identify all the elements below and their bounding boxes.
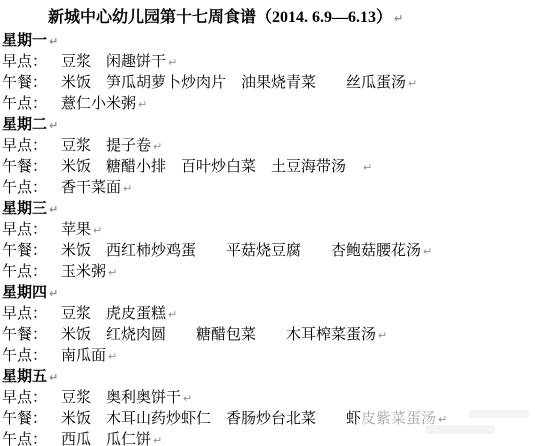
day-name-text: 星期四	[2, 285, 47, 301]
paragraph-mark-icon: ↵	[49, 119, 58, 132]
meal-line: 早点：豆浆 提子卷↵	[2, 136, 535, 157]
meal-label: 午餐：	[2, 243, 47, 259]
meal-content: 香干菜面	[61, 180, 121, 196]
paragraph-mark-icon: ↵	[168, 308, 177, 321]
paragraph-mark-icon: ↵	[138, 98, 147, 111]
meal-label: 早点：	[2, 138, 47, 154]
meal-content: 豆浆 奥利奥饼干	[61, 390, 181, 406]
paragraph-mark-icon: ↵	[108, 350, 117, 363]
day-header-wednesday: 星期三↵	[2, 199, 535, 220]
document-title: 新城中心幼儿园第十七周食谱（2014. 6.9—6.13）↵	[48, 6, 535, 31]
meal-line: 早点：豆浆 虎皮蛋糕↵	[2, 304, 535, 325]
paragraph-mark-icon: ↵	[394, 12, 403, 25]
meal-content: 西瓜 瓜仁饼	[61, 432, 151, 446]
meal-line: 午点：玉米粥↵	[2, 262, 535, 283]
day-header-monday: 星期一↵	[2, 31, 535, 52]
meal-line: 午餐：米饭 红烧肉圆 糖醋包菜 木耳榨菜蛋汤↵	[2, 325, 535, 346]
meal-line: 早点：豆浆 奥利奥饼干↵	[2, 388, 535, 409]
meal-line: 午点：薏仁小米粥↵	[2, 94, 535, 115]
meal-label: 早点：	[2, 390, 47, 406]
watermark-remnant	[425, 425, 495, 434]
day-header-tuesday: 星期二↵	[2, 115, 535, 136]
day-header-friday: 星期五↵	[2, 367, 535, 388]
meal-content: 南瓜面	[61, 348, 106, 364]
meal-label: 午餐：	[2, 75, 47, 91]
meal-content: 豆浆 虎皮蛋糕	[61, 306, 166, 322]
meal-label: 午点：	[2, 96, 47, 112]
paragraph-mark-icon: ↵	[153, 434, 162, 446]
paragraph-mark-icon: ↵	[153, 140, 162, 153]
paragraph-mark-icon: ↵	[49, 371, 58, 384]
meal-content: 米饭 笋瓜胡萝卜炒肉片 油果烧青菜 丝瓜蛋汤	[61, 75, 406, 91]
day-header-thursday: 星期四↵	[2, 283, 535, 304]
meal-line: 午餐：米饭 笋瓜胡萝卜炒肉片 油果烧青菜 丝瓜蛋汤↵	[2, 73, 535, 94]
meal-content: 米饭 木耳山药炒虾仁 香肠炒台北菜 虾	[61, 411, 361, 427]
meal-line: 早点：苹果↵	[2, 220, 535, 241]
meal-label: 午餐：	[2, 411, 47, 427]
meal-label: 午点：	[2, 264, 47, 280]
meal-label: 早点：	[2, 222, 47, 238]
paragraph-mark-icon: ↵	[93, 224, 102, 237]
watermark-remnant	[469, 410, 529, 418]
paragraph-mark-icon: ↵	[123, 182, 132, 195]
day-name-text: 星期三	[2, 201, 47, 217]
day-name-text: 星期五	[2, 369, 47, 385]
paragraph-mark-icon: ↵	[49, 203, 58, 216]
meal-line: 午点：香干菜面↵	[2, 178, 535, 199]
meal-line: 午餐：米饭 西红柿炒鸡蛋 平菇烧豆腐 杏鲍菇腰花汤↵	[2, 241, 535, 262]
meal-line: 午点：南瓜面↵	[2, 346, 535, 367]
paragraph-mark-icon: ↵	[423, 245, 432, 258]
paragraph-mark-icon: ↵	[168, 56, 177, 69]
meal-line: 午餐：米饭 糖醋小排 百叶炒白菜 土豆海带汤 ↵	[2, 157, 535, 178]
meal-content: 豆浆 闲趣饼干	[61, 54, 166, 70]
menu-document: 新城中心幼儿园第十七周食谱（2014. 6.9—6.13）↵ 星期一↵ 早点：豆…	[0, 0, 535, 446]
paragraph-mark-icon: ↵	[49, 287, 58, 300]
meal-content: 豆浆 提子卷	[61, 138, 151, 154]
meal-label: 午餐：	[2, 159, 47, 175]
meal-content: 玉米粥	[61, 264, 106, 280]
meal-label: 午点：	[2, 180, 47, 196]
paragraph-mark-icon: ↵	[408, 77, 417, 90]
paragraph-mark-icon: ↵	[363, 161, 372, 174]
day-name-text: 星期一	[2, 33, 47, 49]
day-name-text: 星期二	[2, 117, 47, 133]
paragraph-mark-icon: ↵	[108, 266, 117, 279]
meal-content: 米饭 红烧肉圆 糖醋包菜 木耳榨菜蛋汤	[61, 327, 376, 343]
meal-label: 午点：	[2, 348, 47, 364]
paragraph-mark-icon: ↵	[183, 392, 192, 405]
meal-content: 苹果	[61, 222, 91, 238]
meal-label: 午餐：	[2, 327, 47, 343]
meal-label: 早点：	[2, 306, 47, 322]
paragraph-mark-icon: ↵	[378, 329, 387, 342]
paragraph-mark-icon: ↵	[49, 35, 58, 48]
meal-content-faded: 皮紫菜蛋汤	[361, 411, 436, 427]
meal-label: 午点：	[2, 432, 47, 446]
meal-content: 米饭 西红柿炒鸡蛋 平菇烧豆腐 杏鲍菇腰花汤	[61, 243, 421, 259]
meal-content: 薏仁小米粥	[61, 96, 136, 112]
meal-line: 早点：豆浆 闲趣饼干↵	[2, 52, 535, 73]
title-text: 新城中心幼儿园第十七周食谱（2014. 6.9—6.13）	[48, 9, 392, 26]
meal-label: 早点：	[2, 54, 47, 70]
meal-content: 米饭 糖醋小排 百叶炒白菜 土豆海带汤	[61, 159, 361, 175]
